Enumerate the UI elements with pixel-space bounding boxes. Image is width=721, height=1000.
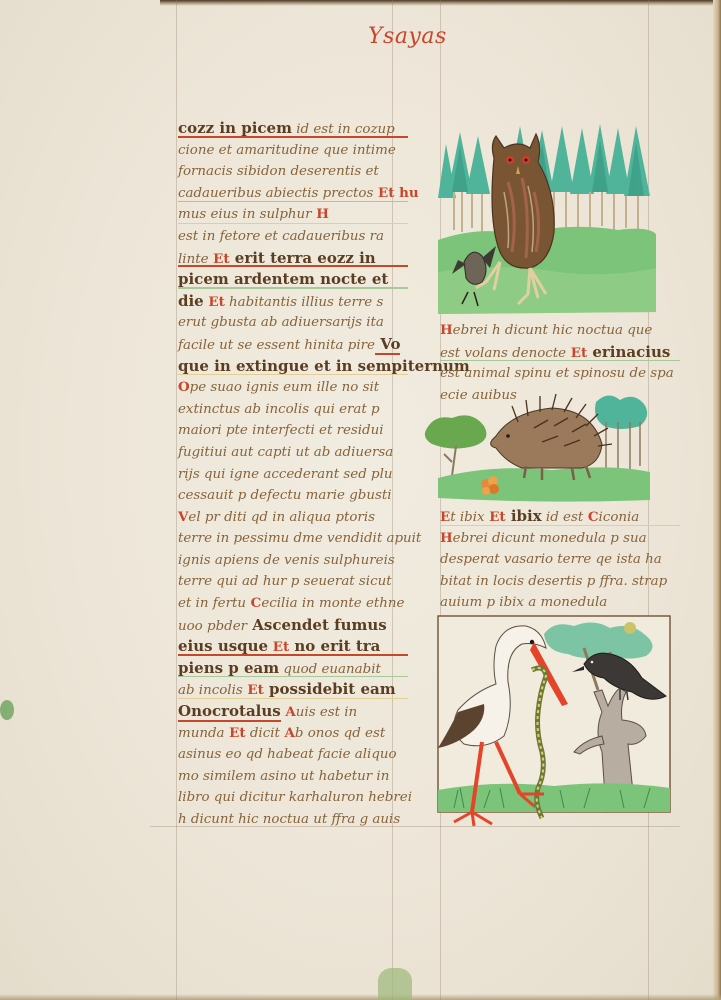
text-line: est animal spinu et spinosu de spa xyxy=(440,363,680,385)
text-line: que in extingue et in sempiternum xyxy=(178,356,408,378)
text-line: Onocrotalus Auis est in xyxy=(178,701,408,723)
text-line: ab incolis Et possidebit eam xyxy=(178,679,408,701)
owl-illustration xyxy=(438,122,656,318)
text-line: terre in pessimu dme vendidit apuit xyxy=(178,528,408,550)
page-right-edge xyxy=(713,0,721,1000)
text-line: fugitiui aut capti ut ab adiuersa xyxy=(178,442,408,464)
text-line: facile ut se essent hinita pire Vo xyxy=(178,334,408,356)
text-line: est in fetore et cadaueribus ra xyxy=(178,226,408,248)
text-line: maiori pte interfecti et residui xyxy=(178,420,408,442)
text-line: asinus eo qd habeat facie aliquo xyxy=(178,744,408,766)
text-line: linte Et erit terra eozz in xyxy=(178,248,408,270)
hedgehog-illustration xyxy=(422,392,658,504)
text-line: cessauit p defectu marie gbusti xyxy=(178,485,408,507)
text-line: est volans denocte Et erinacius xyxy=(440,342,680,364)
text-line: rijs qui igne accederant sed plu xyxy=(178,464,408,486)
text-line: Ope suao ignis eum ille no sit xyxy=(178,377,408,399)
hedgehog-scene-icon xyxy=(422,392,658,504)
text-line: bitat in locis desertis p ffra. strap xyxy=(440,571,680,593)
page-bottom-edge xyxy=(0,994,721,1000)
stork-crow-illustration xyxy=(434,612,674,830)
text-line: die Et habitantis illius terre s xyxy=(178,291,408,313)
left-text-column: cozz in picem id est in cozup cione et a… xyxy=(178,118,408,831)
text-line: h dicunt hic noctua ut ffra g auis xyxy=(178,809,408,831)
text-line: fornacis sibidon deserentis et xyxy=(178,161,408,183)
text-line: extinctus ab incolis qui erat p xyxy=(178,399,408,421)
text-line: desperat vasario terre qe ista ha xyxy=(440,549,680,571)
text-line: Hebrei h dicunt hic noctua que xyxy=(440,320,680,342)
text-line: munda Et dicit Ab onos qd est xyxy=(178,723,408,745)
text-line: picem ardentem nocte et xyxy=(178,269,408,291)
text-line: erut gbusta ab adiuersarijs ita xyxy=(178,312,408,334)
text-line: terre qui ad hur p seuerat sicut xyxy=(178,571,408,593)
text-line: et in fertu Cecilia in monte ethne xyxy=(178,593,408,615)
text-line: piens p eam quod euanabit xyxy=(178,658,408,680)
ruling-line xyxy=(176,0,177,1000)
text-line: Hebrei dicunt monedula p sua xyxy=(440,528,680,550)
right-text-block-ibis: Et ibix Et ibix id est Ciconia Hebrei di… xyxy=(440,506,680,614)
text-line: cozz in picem id est in cozup xyxy=(178,118,408,140)
margin-stain xyxy=(0,700,14,720)
text-line: cione et amaritudine que intime xyxy=(178,140,408,162)
margin-stain xyxy=(378,968,412,1000)
stork-crow-scene-icon xyxy=(434,612,674,830)
text-line: Et ibix Et ibix id est Ciconia xyxy=(440,506,680,528)
text-line: mus eius in sulphur H xyxy=(178,204,408,226)
manuscript-page: Ysayas cozz in picem id est in cozup cio… xyxy=(0,0,721,1000)
text-line: uoo pbder Ascendet fumus xyxy=(178,615,408,637)
text-line: auium p ibix a monedula xyxy=(440,592,680,614)
text-line: ignis apiens de venis sulphureis xyxy=(178,550,408,572)
text-line: eius usque Et no erit tra xyxy=(178,636,408,658)
text-line: cadaueribus abiectis prectos Et hu xyxy=(178,183,408,205)
text-line: libro qui dicitur karhaluron hebrei xyxy=(178,787,408,809)
running-head: Ysayas xyxy=(368,24,447,49)
owl-scene-icon xyxy=(438,122,656,318)
text-line: mo similem asino ut habetur in xyxy=(178,766,408,788)
text-line: Vel pr diti qd in aliqua ptoris xyxy=(178,507,408,529)
